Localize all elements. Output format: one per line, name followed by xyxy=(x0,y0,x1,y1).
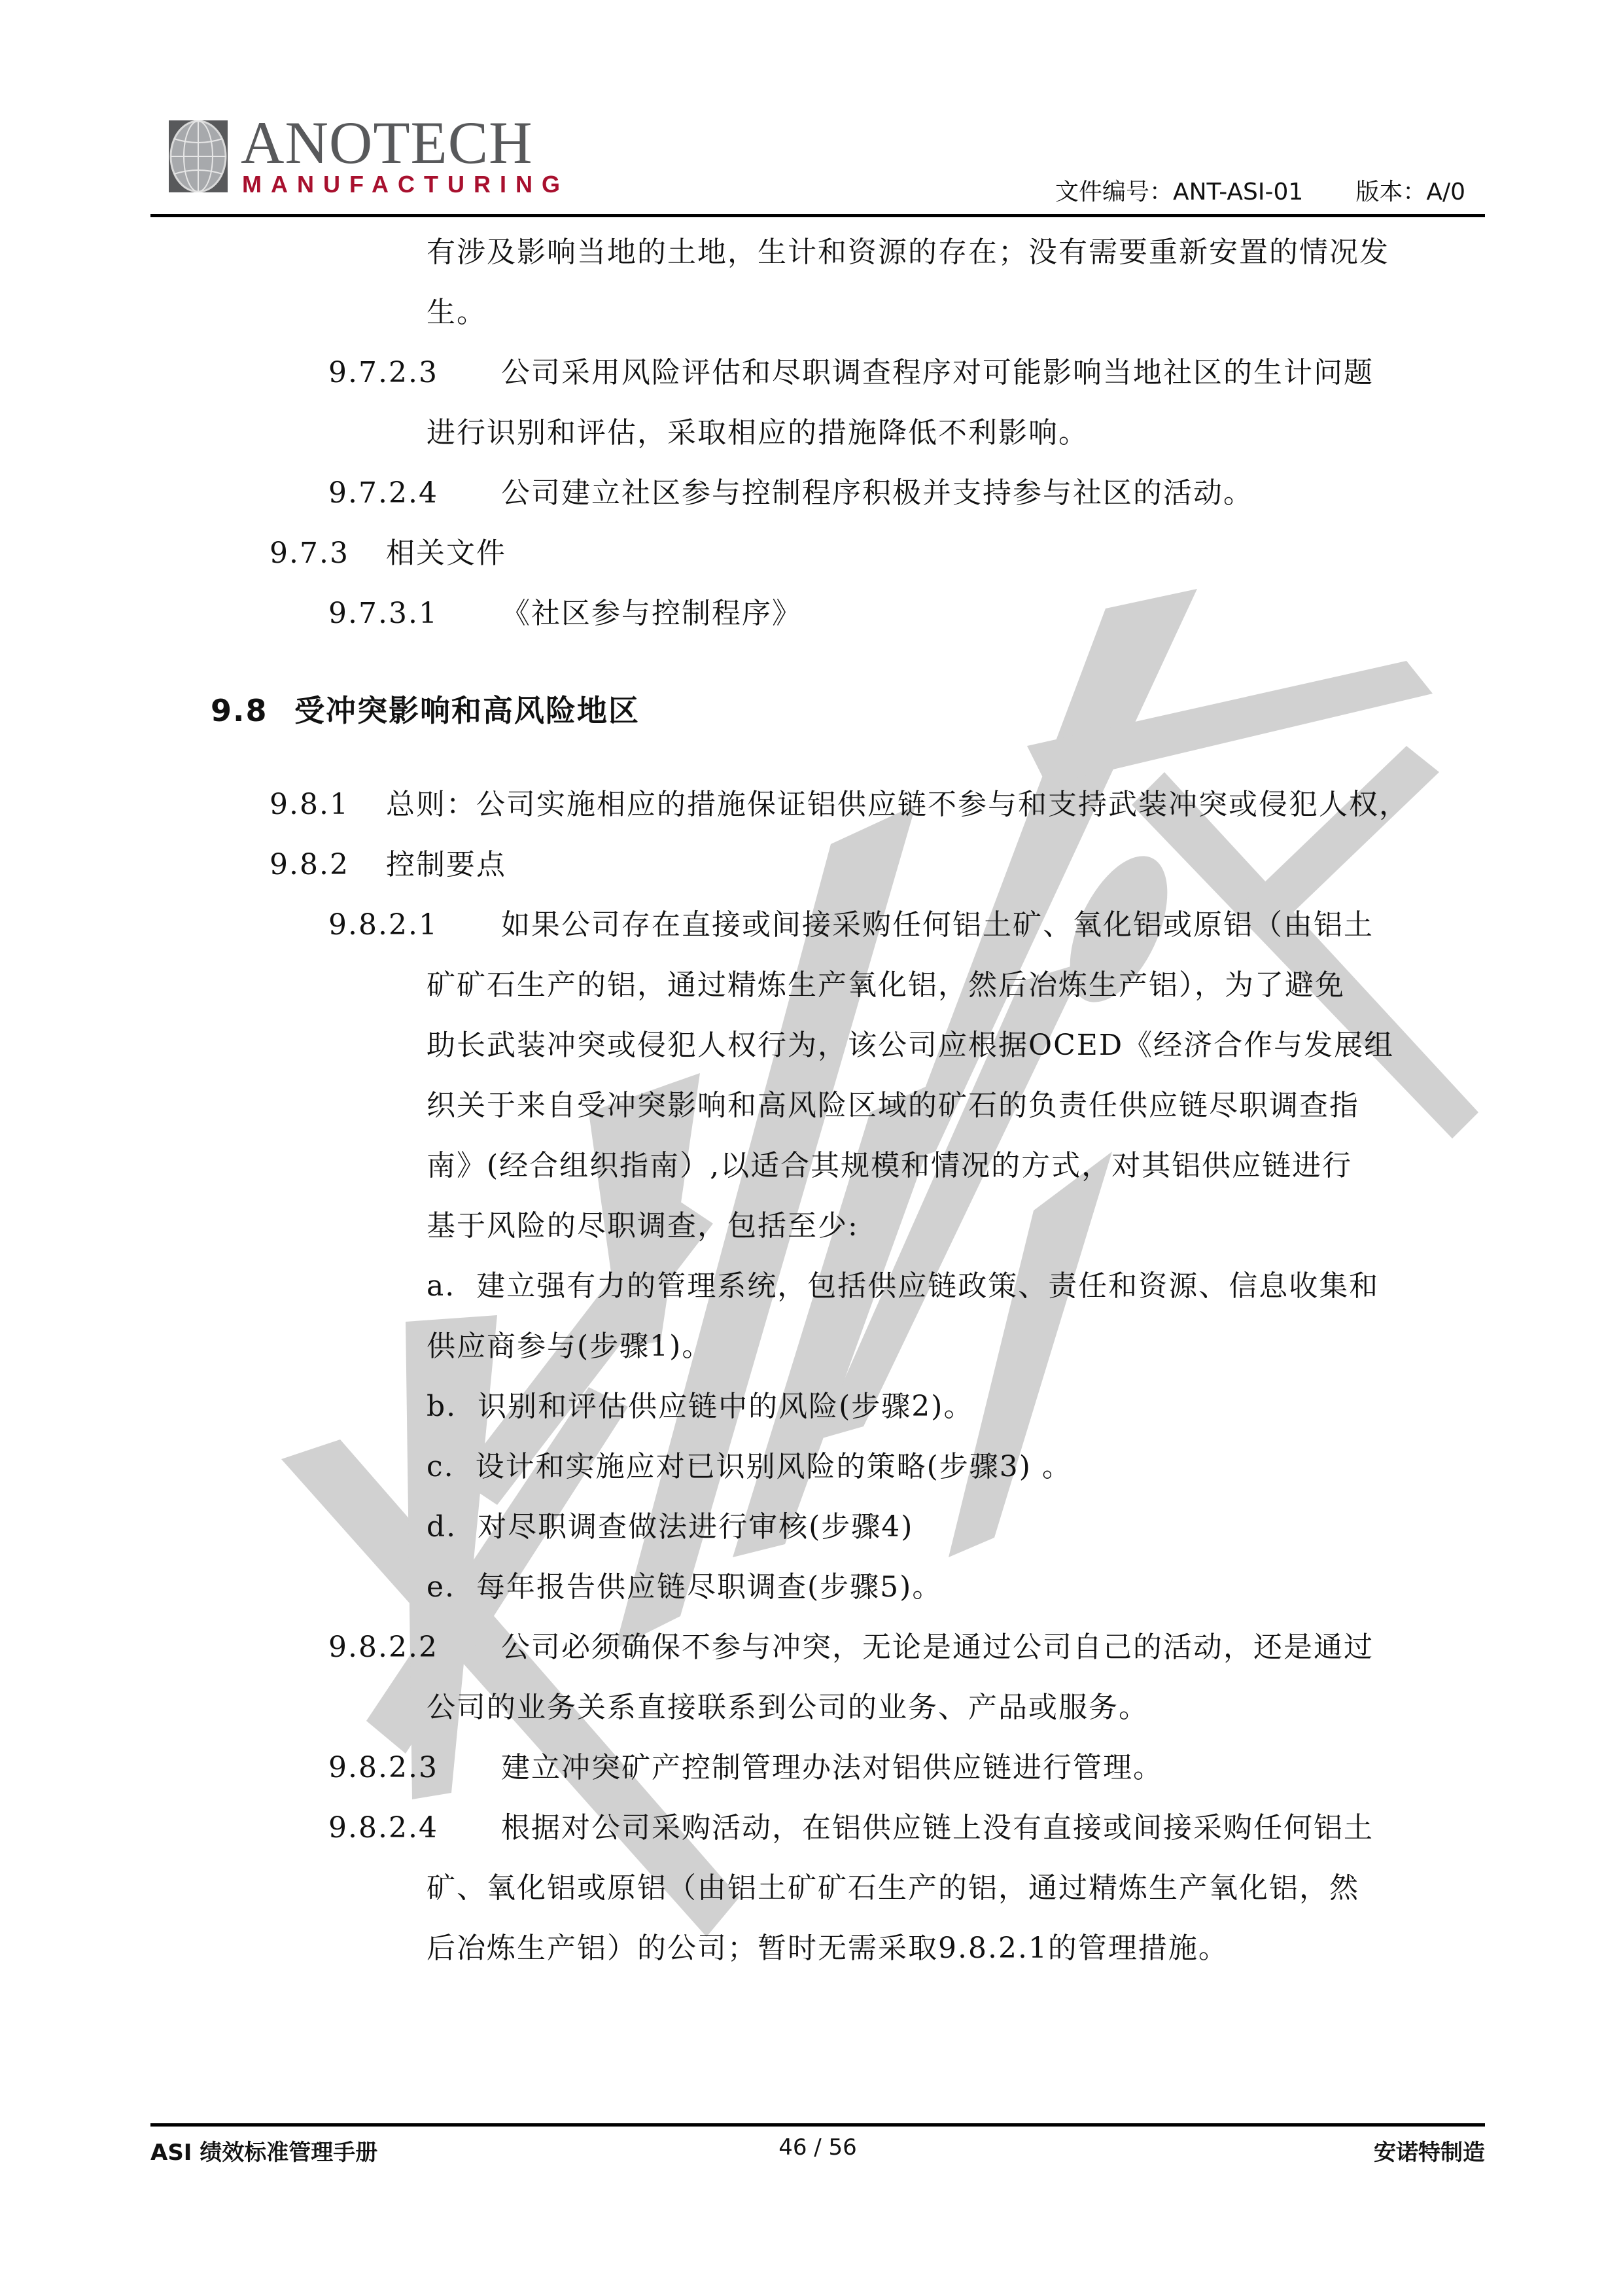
clause-number: 9.8.2.3 xyxy=(328,1738,438,1798)
clause-text: 公司的业务关系直接联系到公司的业务、产品或服务。 xyxy=(427,1678,1149,1738)
clause-text: 进行识别和评估，采取相应的措施降低不利影响。 xyxy=(427,403,1089,463)
section-number: 9.7.3 xyxy=(270,523,349,584)
clause-text: 建立冲突矿产控制管理办法对铝供应链进行管理。 xyxy=(501,1738,1163,1798)
clause-text: 南》(经合组织指南）,以适合其规模和情况的方式，对其铝供应链进行 xyxy=(427,1136,1352,1196)
clause-number: 9.8.2.2 xyxy=(328,1617,438,1678)
list-item-e: e. 每年报告供应链尽职调查(步骤5)。 xyxy=(427,1557,942,1617)
heading-title: 受冲突影响和高风险地区 xyxy=(294,680,640,741)
doc-number-label: 文件编号： xyxy=(1055,179,1173,205)
section-title: 控制要点 xyxy=(386,835,506,895)
version-label: 版本： xyxy=(1355,179,1426,205)
section-text: 总则：公司实施相应的措施保证铝供应链不参与和支持武装冲突或侵犯人权， xyxy=(386,775,1409,835)
list-item-b: b. 识别和评估供应链中的风险(步骤2)。 xyxy=(427,1377,973,1437)
footer-divider xyxy=(150,2123,1485,2127)
clause-text: 矿矿石生产的铝，通过精炼生产氧化铝，然后冶炼生产铝），为了避免 xyxy=(427,955,1345,1016)
list-item-c: c. 设计和实施应对已识别风险的策略(步骤3) 。 xyxy=(427,1437,1072,1497)
page-header: ANOTECH MANUFACTURING 文件编号：ANT-ASI-01版本：… xyxy=(150,111,1485,216)
header-divider xyxy=(150,214,1485,217)
clause-text: 助长武装冲突或侵犯人权行为，该公司应根据OCED《经济合作与发展组 xyxy=(427,1016,1394,1076)
clause-number: 9.7.2.3 xyxy=(328,343,438,403)
clause-text: 织关于来自受冲突影响和高风险区域的矿石的负责任供应链尽职调查指 xyxy=(427,1076,1359,1136)
paragraph-line: 生。 xyxy=(427,283,487,343)
doc-number: ANT-ASI-01 xyxy=(1173,179,1303,205)
version-value: A/0 xyxy=(1426,179,1465,205)
clause-text: 矿、氧化铝或原铝（由铝土矿矿石生产的铝，通过精炼生产氧化铝，然 xyxy=(427,1858,1359,1918)
clause-text: 基于风险的尽职调查，包括至少: xyxy=(427,1196,859,1256)
clause-number: 9.7.3.1 xyxy=(328,584,438,644)
section-number: 9.8.2 xyxy=(270,835,349,895)
section-title: 相关文件 xyxy=(386,523,506,584)
clause-text: 根据对公司采购活动，在铝供应链上没有直接或间接采购任何铝土 xyxy=(501,1798,1374,1858)
clause-number: 9.8.2.1 xyxy=(328,895,438,955)
heading-number: 9.8 xyxy=(211,680,268,741)
logo-subtitle: MANUFACTURING xyxy=(242,173,569,196)
section-number: 9.8.1 xyxy=(270,775,349,835)
company-name: 安诺特制造 xyxy=(1374,2134,1485,2166)
paragraph-line: 有涉及影响当地的土地，生计和资源的存在；没有需要重新安置的情况发 xyxy=(427,222,1389,283)
related-document: 《社区参与控制程序》 xyxy=(501,584,802,644)
logo-wordmark: ANOTECH xyxy=(241,113,533,173)
clause-text: 后冶炼生产铝）的公司；暂时无需采取9.8.2.1的管理措施。 xyxy=(427,1918,1229,1979)
company-logo: ANOTECH MANUFACTURING xyxy=(169,120,548,202)
document-page: ANOTECH MANUFACTURING 文件编号：ANT-ASI-01版本：… xyxy=(0,0,1623,2296)
page-footer: ASI 绩效标准管理手册 46 / 56 安诺特制造 xyxy=(150,2134,1485,2167)
clause-number: 9.7.2.4 xyxy=(328,463,438,523)
list-item-d: d. 对尽职调查做法进行审核(步骤4) xyxy=(427,1497,913,1557)
clause-text: 公司建立社区参与控制程序积极并支持参与社区的活动。 xyxy=(501,463,1253,523)
clause-text: 公司必须确保不参与冲突，无论是通过公司自己的活动，还是通过 xyxy=(501,1617,1374,1678)
list-item-a: 供应商参与(步骤1)。 xyxy=(427,1316,712,1377)
globe-icon xyxy=(169,120,228,192)
clause-number: 9.8.2.4 xyxy=(328,1798,438,1858)
document-meta: 文件编号：ANT-ASI-01版本：A/0 xyxy=(1055,173,1465,207)
clause-text: 如果公司存在直接或间接采购任何铝土矿、氧化铝或原铝（由铝土 xyxy=(501,895,1374,955)
clause-text: 公司采用风险评估和尽职调查程序对可能影响当地社区的生计问题 xyxy=(501,343,1374,403)
list-item-a: a. 建立强有力的管理系统，包括供应链政策、责任和资源、信息收集和 xyxy=(427,1256,1379,1316)
page-number: 46 / 56 xyxy=(150,2134,1485,2161)
